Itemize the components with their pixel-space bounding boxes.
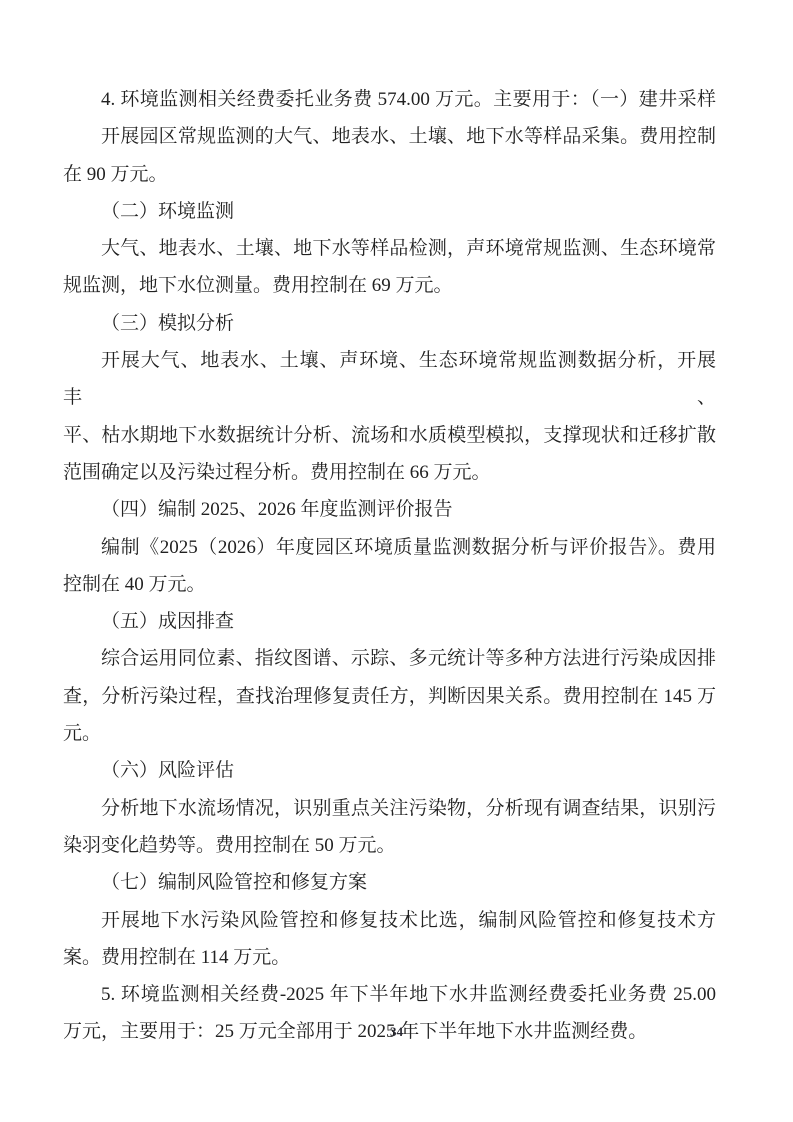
document-line: 开展大气、地表水、土壤、声环境、生态环境常规监测数据分析，开展丰、: [63, 342, 716, 417]
document-page: 4. 环境监测相关经费委托业务费 574.00 万元。主要用于：（一）建井采样开…: [0, 0, 793, 1122]
document-line: （四）编制 2025、2026 年度监测评价报告: [63, 491, 716, 528]
document-line: 范围确定以及污染过程分析。费用控制在 66 万元。: [63, 454, 716, 491]
document-line: 平、枯水期地下水数据统计分析、流场和水质模型模拟，支撑现状和迁移扩散: [63, 417, 716, 454]
document-line: 开展地下水污染风险管控和修复技术比选，编制风险管控和修复技术方: [63, 902, 716, 939]
document-line: （二）环境监测: [63, 193, 716, 230]
document-line: 在 90 万元。: [63, 156, 716, 193]
document-line: （五）成因排查: [63, 603, 716, 640]
document-line: （七）编制风险管控和修复方案: [63, 864, 716, 901]
document-line: 案。费用控制在 114 万元。: [63, 939, 716, 976]
document-line: 分析地下水流场情况，识别重点关注污染物，分析现有调查结果，识别污: [63, 790, 716, 827]
document-line: 控制在 40 万元。: [63, 566, 716, 603]
document-line: 大气、地表水、土壤、地下水等样品检测，声环境常规监测、生态环境常: [63, 230, 716, 267]
document-line: （六）风险评估: [63, 752, 716, 789]
document-line: （三）模拟分析: [63, 305, 716, 342]
document-line: 综合运用同位素、指纹图谱、示踪、多元统计等多种方法进行污染成因排: [63, 640, 716, 677]
document-line: 开展园区常规监测的大气、地表水、土壤、地下水等样品采集。费用控制: [63, 118, 716, 155]
document-line: 规监测，地下水位测量。费用控制在 69 万元。: [63, 267, 716, 304]
page-number: 34: [0, 1024, 793, 1040]
document-body: 4. 环境监测相关经费委托业务费 574.00 万元。主要用于：（一）建井采样开…: [63, 81, 716, 1051]
document-line: 元。: [63, 715, 716, 752]
document-line: 查，分析污染过程，查找治理修复责任方，判断因果关系。费用控制在 145 万: [63, 678, 716, 715]
document-line: 编制《2025（2026）年度园区环境质量监测数据分析与评价报告》。费用: [63, 529, 716, 566]
document-line: 5. 环境监测相关经费-2025 年下半年地下水井监测经费委托业务费 25.00: [63, 976, 716, 1013]
document-line: 染羽变化趋势等。费用控制在 50 万元。: [63, 827, 716, 864]
document-line: 4. 环境监测相关经费委托业务费 574.00 万元。主要用于：（一）建井采样: [63, 81, 716, 118]
